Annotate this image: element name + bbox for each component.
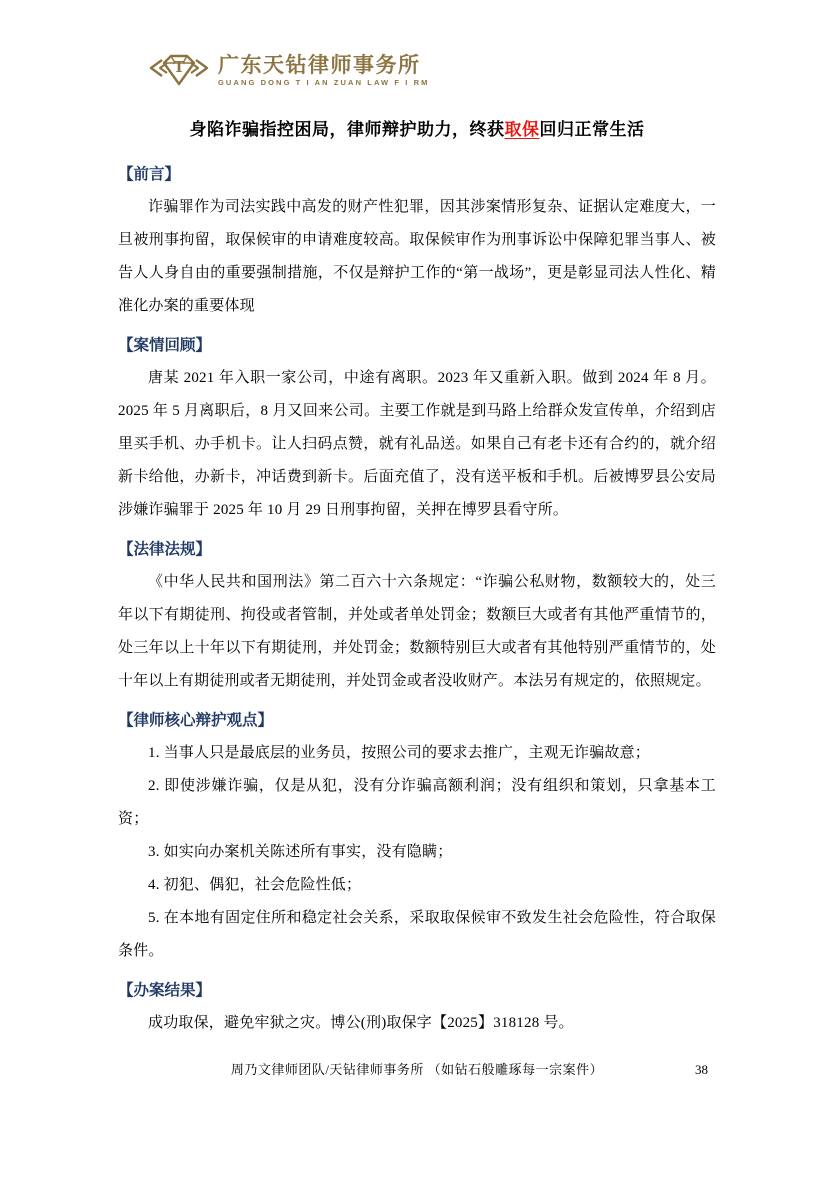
- defense-point-1: 1. 当事人只是最底层的业务员，按照公司的要求去推广，主观无诈骗故意；: [118, 737, 716, 770]
- section-heading-laws: 【法律法规】: [118, 533, 716, 566]
- section-heading-preface: 【前言】: [118, 158, 716, 191]
- lawfirm-logo: T 广东天钻律师事务所 GUANG DONG T I AN ZUAN LAW F…: [148, 46, 430, 95]
- title-post: 回归正常生活: [540, 120, 645, 139]
- document-page: T 广东天钻律师事务所 GUANG DONG T I AN ZUAN LAW F…: [0, 0, 833, 1178]
- paragraph: 《中华人民共和国刑法》第二百六十六条规定：“诈骗公私财物，数额较大的，处三年以下…: [118, 566, 716, 698]
- defense-point-3: 3. 如实向办案机关陈述所有事实，没有隐瞒；: [118, 836, 716, 869]
- defense-point-5: 5. 在本地有固定住所和稳定社会关系，采取取保候审不致发生社会危险性，符合取保条…: [118, 902, 716, 968]
- lawfirm-name-cn: 广东天钻律师事务所: [218, 55, 430, 76]
- defense-point-2: 2. 即使涉嫌诈骗，仅是从犯，没有分诈骗高额利润；没有组织和策划，只拿基本工资；: [118, 770, 716, 836]
- diamond-gem-icon: T: [148, 46, 210, 95]
- section-heading-case-review: 【案情回顾】: [118, 329, 716, 362]
- title-highlight: 取保: [505, 120, 540, 139]
- page-number: 38: [695, 1060, 708, 1080]
- page-footer: 周乃文律师团队/天钻律师事务所 （如钻石般雕琢每一宗案件） 38: [118, 1060, 716, 1080]
- paragraph: 诈骗罪作为司法实践中高发的财产性犯罪，因其涉案情形复杂、证据认定难度大，一旦被刑…: [118, 191, 716, 323]
- paragraph: 唐某 2021 年入职一家公司，中途有离职。2023 年又重新入职。做到 202…: [118, 362, 716, 527]
- section-heading-defense-points: 【律师核心辩护观点】: [118, 704, 716, 737]
- section-heading-result: 【办案结果】: [118, 974, 716, 1007]
- title-pre: 身陷诈骗指控困局，律师辩护助力，终获: [190, 120, 505, 139]
- document-body: 身陷诈骗指控困局，律师辩护助力，终获取保回归正常生活 【前言】 诈骗罪作为司法实…: [118, 112, 716, 1040]
- paragraph: 成功取保，避免牢狱之灾。博公(刑)取保字【2025】318128 号。: [118, 1007, 716, 1040]
- document-title: 身陷诈骗指控困局，律师辩护助力，终获取保回归正常生活: [118, 112, 716, 148]
- defense-point-4: 4. 初犯、偶犯，社会危险性低；: [118, 869, 716, 902]
- footer-team-line: 周乃文律师团队/天钻律师事务所 （如钻石般雕琢每一宗案件）: [118, 1060, 716, 1080]
- lawfirm-logo-text: 广东天钻律师事务所 GUANG DONG T I AN ZUAN LAW F I…: [218, 55, 430, 87]
- lawfirm-name-en: GUANG DONG T I AN ZUAN LAW F I RM: [218, 79, 430, 87]
- svg-text:T: T: [173, 57, 185, 76]
